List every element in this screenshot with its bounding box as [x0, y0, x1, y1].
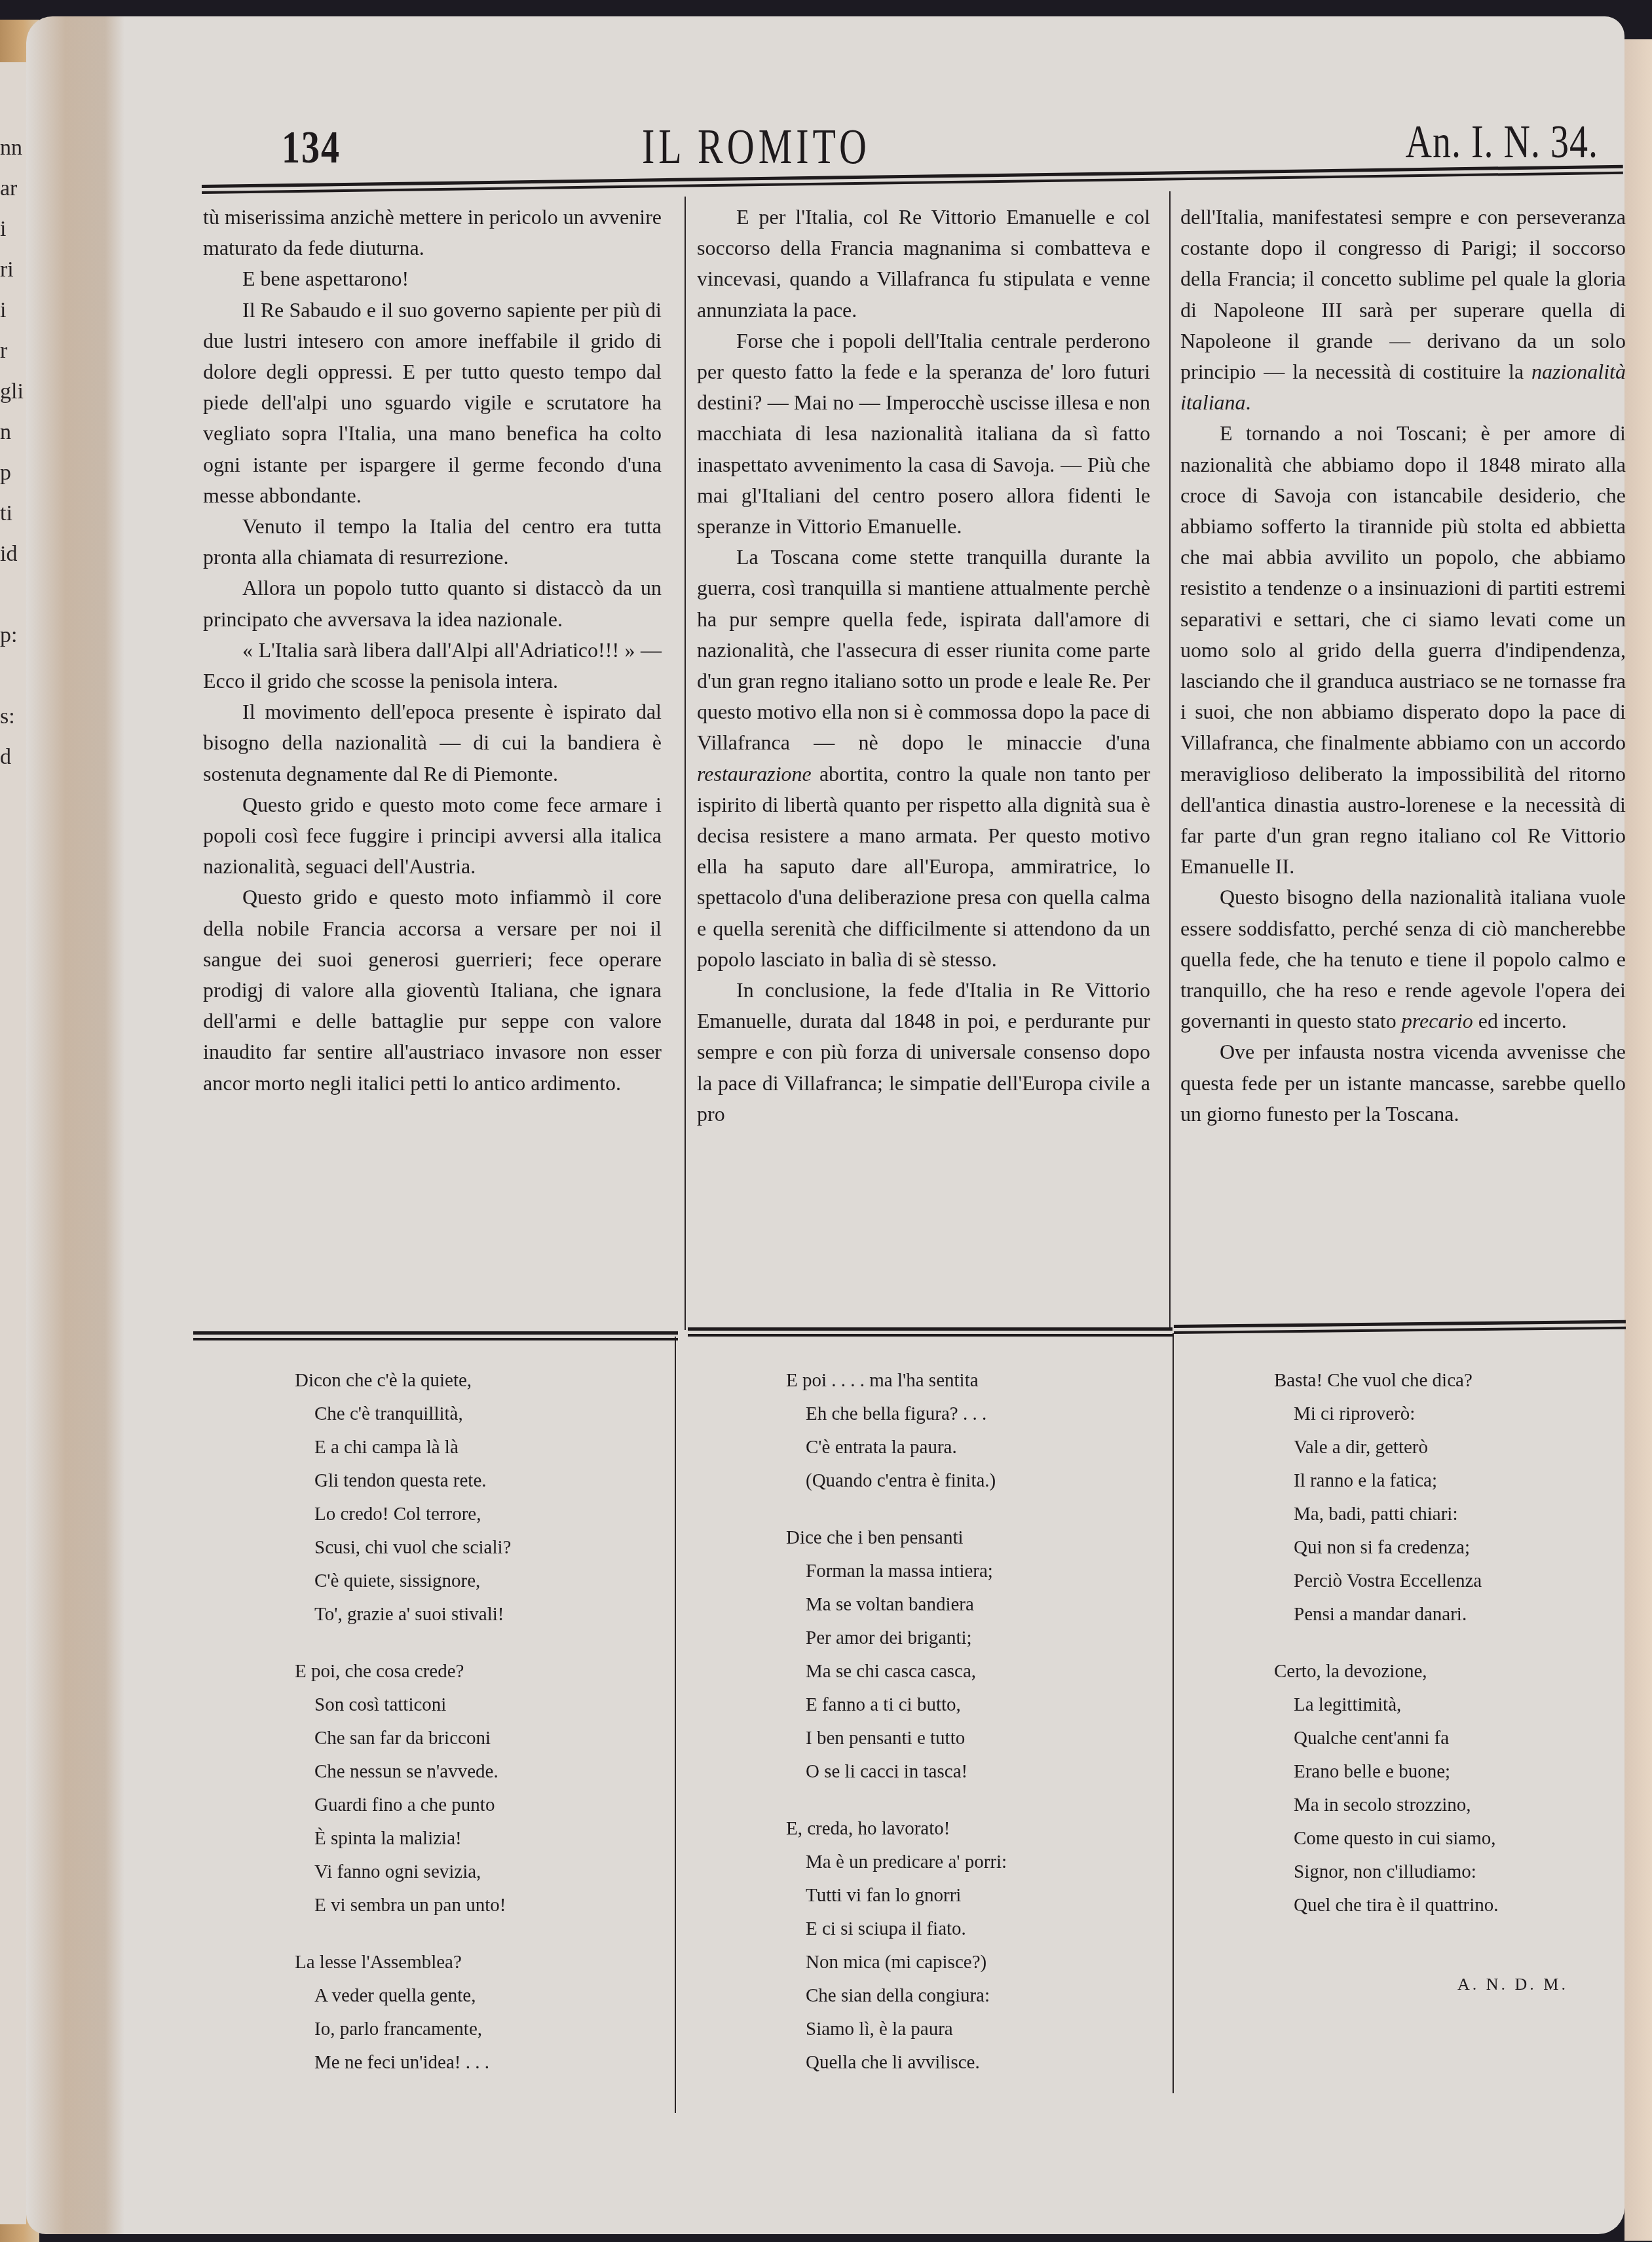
paragraph: La Toscana come stette tranquilla durant… — [697, 542, 1150, 975]
poem-line: Scusi, chi vuol che sciali? — [295, 1531, 511, 1565]
poem-line: E vi sembra un pan unto! — [295, 1889, 511, 1922]
poem-line: To', grazie a' suoi stivali! — [295, 1598, 511, 1631]
paragraph: E per l'Italia, col Re Vittorio Emanuell… — [697, 202, 1150, 326]
section-double-rule — [193, 1331, 678, 1340]
paragraph-text: . — [1246, 390, 1251, 414]
poem-line: Dice che i ben pensanti — [786, 1521, 1007, 1555]
masthead-title: IL ROMITO — [642, 118, 871, 175]
article-column-1: tù miserissima anzichè mettere in perico… — [203, 202, 662, 1099]
poem-column-3: Basta! Che vuol che dica?Mi ci riproverò… — [1274, 1364, 1498, 1946]
poem-line: C'è quiete, sissignore, — [295, 1565, 511, 1598]
paragraph-text: La Toscana come stette tranquilla durant… — [697, 545, 1150, 754]
poem-line: E ci si sciupa il fiato. — [786, 1912, 1007, 1946]
poem-line: Pensi a mandar danari. — [1274, 1598, 1498, 1631]
column-divider — [685, 197, 686, 1330]
poem-line: Che c'è tranquillità, — [295, 1397, 511, 1431]
section-double-rule — [688, 1327, 1173, 1337]
issue-reference: An. I. N. 34. — [1405, 115, 1598, 169]
paragraph: Il movimento dell'epoca presente è ispir… — [203, 696, 662, 789]
poem-line: (Quando c'entra è finita.) — [786, 1464, 1007, 1498]
poem-line: Erano belle e buone; — [1274, 1755, 1498, 1789]
paragraph: « L'Italia sarà libera dall'Alpi all'Adr… — [203, 635, 662, 696]
poem-line: Che sian della congiura: — [786, 1979, 1007, 2013]
paragraph: Ove per infausta nostra vicenda avveniss… — [1180, 1036, 1626, 1130]
column-divider — [1169, 191, 1171, 1328]
paragraph: Venuto il tempo la Italia del centro era… — [203, 511, 662, 573]
paragraph: E bene aspettarono! — [203, 263, 662, 294]
paragraph: In conclusione, la fede d'Italia in Re V… — [697, 975, 1150, 1130]
poem-stanza: E poi . . . . ma l'ha sentitaEh che bell… — [786, 1364, 1007, 1498]
paragraph: Questo bisogno della nazionalità italian… — [1180, 882, 1626, 1036]
poem-line: Io, parlo francamente, — [295, 2013, 511, 2046]
author-signature: A. N. D. M. — [1457, 1975, 1568, 1994]
poem-line: Ma se chi casca casca, — [786, 1655, 1007, 1688]
paragraph: Il Re Sabaudo e il suo governo sapiente … — [203, 295, 662, 511]
poem-line: La lesse l'Assemblea? — [295, 1946, 511, 1979]
poem-line: Che nessun se n'avvede. — [295, 1755, 511, 1789]
column-divider — [675, 1337, 676, 2113]
poem-line: Perciò Vostra Eccellenza — [1274, 1565, 1498, 1598]
poem-line: C'è entrata la paura. — [786, 1431, 1007, 1464]
poem-line: Quel che tira è il quattrino. — [1274, 1889, 1498, 1922]
poem-line: Dicon che c'è la quiete, — [295, 1364, 511, 1397]
poem-line: Siamo lì, è la paura — [786, 2013, 1007, 2046]
poem-line: Eh che bella figura? . . . — [786, 1397, 1007, 1431]
poem-line: Basta! Che vuol che dica? — [1274, 1364, 1498, 1397]
poem-line: Che san far da bricconi — [295, 1722, 511, 1755]
poem-line: Tutti vi fan lo gnorri — [786, 1879, 1007, 1912]
paragraph: Forse che i popoli dell'Italia centrale … — [697, 326, 1150, 542]
poem-line: I ben pensanti e tutto — [786, 1722, 1007, 1755]
poem-stanza: E poi, che cosa crede?Son così tatticoni… — [295, 1655, 511, 1922]
poem-stanza: E, creda, ho lavorato!Ma è un predicare … — [786, 1812, 1007, 2080]
poem-line: Mi ci riproverò: — [1274, 1397, 1498, 1431]
poem-line: È spinta la malizia! — [295, 1822, 511, 1855]
poem-line: Son così tatticoni — [295, 1688, 511, 1722]
poem-line: Certo, la devozione, — [1274, 1655, 1498, 1688]
poem-stanza: La lesse l'Assemblea?A veder quella gent… — [295, 1946, 511, 2080]
paragraph: tù miserissima anzichè mettere in perico… — [203, 202, 662, 263]
poem-line: La legittimità, — [1274, 1688, 1498, 1722]
poem-line: Guardi fino a che punto — [295, 1789, 511, 1822]
poem-line: Vi fanno ogni sevizia, — [295, 1855, 511, 1889]
emphasis: restaurazione — [697, 762, 812, 786]
poem-line: Qui non si fa credenza; — [1274, 1531, 1498, 1565]
poem-line: Ma, badi, patti chiari: — [1274, 1498, 1498, 1531]
poem-column-1: Dicon che c'è la quiete,Che c'è tranquil… — [295, 1364, 511, 2103]
paragraph: dell'Italia, manifestatesi sempre e con … — [1180, 202, 1626, 418]
next-page-edge — [1624, 39, 1652, 2241]
paragraph: Allora un popolo tutto quanto si distacc… — [203, 573, 662, 634]
poem-line: Il ranno e la fatica; — [1274, 1464, 1498, 1498]
poem-line: Lo credo! Col terrore, — [295, 1498, 511, 1531]
poem-column-2: E poi . . . . ma l'ha sentitaEh che bell… — [786, 1364, 1007, 2103]
paragraph: E tornando a noi Toscani; è per amore di… — [1180, 418, 1626, 882]
poem-line: Non mica (mi capisce?) — [786, 1946, 1007, 1979]
poem-line: Forman la massa intiera; — [786, 1555, 1007, 1588]
poem-line: E poi, che cosa crede? — [295, 1655, 511, 1688]
poem-line: A veder quella gente, — [295, 1979, 511, 2013]
page-number: 134 — [282, 121, 341, 174]
poem-line: Quella che li avvilisce. — [786, 2046, 1007, 2080]
poem-line: Gli tendon questa rete. — [295, 1464, 511, 1498]
poem-line: Me ne feci un'idea! . . . — [295, 2046, 511, 2080]
article-column-3: dell'Italia, manifestatesi sempre e con … — [1180, 202, 1626, 1130]
poem-stanza: Dice che i ben pensantiForman la massa i… — [786, 1521, 1007, 1789]
paragraph-text: abortita, contro la quale non tanto per … — [697, 762, 1150, 971]
poem-stanza: Basta! Che vuol che dica?Mi ci riproverò… — [1274, 1364, 1498, 1631]
poem-line: Ma è un predicare a' porri: — [786, 1846, 1007, 1879]
poem-line: Ma in secolo strozzino, — [1274, 1789, 1498, 1822]
column-divider — [1173, 1333, 1174, 2093]
paragraph-text: dell'Italia, manifestatesi sempre e con … — [1180, 205, 1626, 383]
emphasis: precario — [1402, 1009, 1473, 1033]
poem-line: Qualche cent'anni fa — [1274, 1722, 1498, 1755]
poem-line: E poi . . . . ma l'ha sentita — [786, 1364, 1007, 1397]
article-column-2: E per l'Italia, col Re Vittorio Emanuell… — [697, 202, 1150, 1130]
paragraph: Questo grido e questo moto come fece arm… — [203, 789, 662, 883]
poem-line: Vale a dir, getterò — [1274, 1431, 1498, 1464]
poem-line: Come questo in cui siamo, — [1274, 1822, 1498, 1855]
paragraph: Questo grido e questo moto infiammò il c… — [203, 882, 662, 1098]
poem-line: E fanno a ti ci butto, — [786, 1688, 1007, 1722]
poem-stanza: Dicon che c'è la quiete,Che c'è tranquil… — [295, 1364, 511, 1631]
previous-page-strip: nn ar i ri i r gli n p ti id p: s: d — [0, 62, 26, 2224]
poem-stanza: Certo, la devozione,La legittimità,Qualc… — [1274, 1655, 1498, 1922]
poem-line: Signor, non c'illudiamo: — [1274, 1855, 1498, 1889]
poem-line: Per amor dei briganti; — [786, 1622, 1007, 1655]
paragraph-text: ed incerto. — [1473, 1009, 1567, 1033]
poem-line: E, creda, ho lavorato! — [786, 1812, 1007, 1846]
poem-line: E a chi campa là là — [295, 1431, 511, 1464]
poem-line: O se li cacci in tasca! — [786, 1755, 1007, 1789]
poem-line: Ma se voltan bandiera — [786, 1588, 1007, 1622]
